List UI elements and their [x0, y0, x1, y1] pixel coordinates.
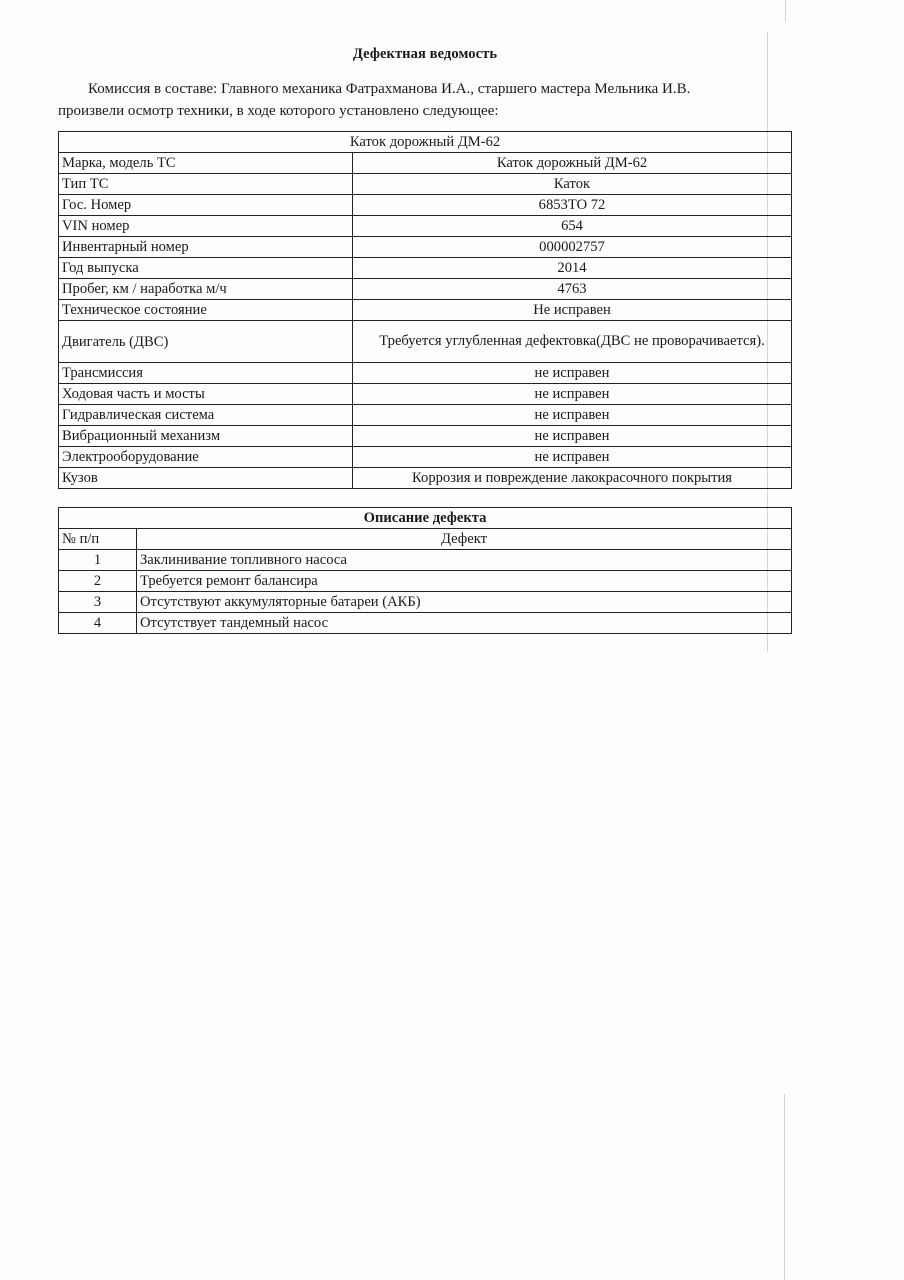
row-label: Марка, модель ТС: [59, 153, 353, 174]
intro-line-2: произвели осмотр техники, в ходе которог…: [58, 100, 798, 122]
defects-table: Описание дефекта № п/п Дефект 1Заклинива…: [58, 507, 792, 634]
defect-number: 2: [59, 571, 137, 592]
vehicle-table-header: Каток дорожный ДМ-62: [59, 132, 792, 153]
defect-description: Отсутствуют аккумуляторные батареи (АКБ): [137, 592, 792, 613]
row-label: Гос. Номер: [59, 195, 353, 216]
defect-description: Требуется ремонт балансира: [137, 571, 792, 592]
table-row: Двигатель (ДВС)Требуется углубленная деф…: [59, 321, 792, 363]
defect-number: 1: [59, 550, 137, 571]
row-value: 000002757: [353, 237, 792, 258]
row-value: 2014: [353, 258, 792, 279]
column-header-row: № п/п Дефект: [59, 529, 792, 550]
row-label: Ходовая часть и мосты: [59, 384, 353, 405]
table-row: Техническое состояниеНе исправен: [59, 300, 792, 321]
table-row: Ходовая часть и мостыне исправен: [59, 384, 792, 405]
row-label: Вибрационный механизм: [59, 426, 353, 447]
vehicle-info-table: Каток дорожный ДМ-62 Марка, модель ТСКат…: [58, 131, 792, 489]
table-row: Трансмиссияне исправен: [59, 363, 792, 384]
row-label: Кузов: [59, 468, 353, 489]
table-row: Марка, модель ТСКаток дорожный ДМ-62: [59, 153, 792, 174]
row-value: не исправен: [353, 426, 792, 447]
column-header-defect: Дефект: [137, 529, 792, 550]
table-row: 1Заклинивание топливного насоса: [59, 550, 792, 571]
table-row: КузовКоррозия и повреждение лакокрасочно…: [59, 468, 792, 489]
row-value: не исправен: [353, 447, 792, 468]
row-value: Каток: [353, 174, 792, 195]
intro-paragraph: Комиссия в составе: Главного механика Фа…: [58, 78, 798, 122]
row-value: 6853ТО 72: [353, 195, 792, 216]
table-row: 4Отсутствует тандемный насос: [59, 613, 792, 634]
row-value: Требуется углубленная дефектовка(ДВС не …: [353, 321, 792, 363]
intro-line-1: Комиссия в составе: Главного механика Фа…: [58, 78, 798, 100]
row-value: не исправен: [353, 384, 792, 405]
defect-number: 3: [59, 592, 137, 613]
defect-number: 4: [59, 613, 137, 634]
scan-artifact-line: [784, 1094, 785, 1280]
row-value: Не исправен: [353, 300, 792, 321]
table-header-row: Каток дорожный ДМ-62: [59, 132, 792, 153]
table-row: 2Требуется ремонт балансира: [59, 571, 792, 592]
row-label: Двигатель (ДВС): [59, 321, 353, 363]
table-row: Электрооборудованиене исправен: [59, 447, 792, 468]
row-label: Тип ТС: [59, 174, 353, 195]
row-value: не исправен: [353, 363, 792, 384]
row-value: не исправен: [353, 405, 792, 426]
column-header-number: № п/п: [59, 529, 137, 550]
section-title-row: Описание дефекта: [59, 508, 792, 529]
row-label: VIN номер: [59, 216, 353, 237]
defect-description: Отсутствует тандемный насос: [137, 613, 792, 634]
row-value: Каток дорожный ДМ-62: [353, 153, 792, 174]
defect-description: Заклинивание топливного насоса: [137, 550, 792, 571]
row-label: Пробег, км / наработка м/ч: [59, 279, 353, 300]
row-label: Год выпуска: [59, 258, 353, 279]
table-row: Инвентарный номер000002757: [59, 237, 792, 258]
document-title: Дефектная ведомость: [0, 46, 850, 63]
table-row: Гос. Номер6853ТО 72: [59, 195, 792, 216]
row-value: Коррозия и повреждение лакокрасочного по…: [353, 468, 792, 489]
table-row: 3Отсутствуют аккумуляторные батареи (АКБ…: [59, 592, 792, 613]
row-label: Гидравлическая система: [59, 405, 353, 426]
defects-section-title: Описание дефекта: [59, 508, 792, 529]
scan-artifact-line: [785, 0, 786, 22]
table-row: Тип ТСКаток: [59, 174, 792, 195]
row-value: 654: [353, 216, 792, 237]
row-label: Инвентарный номер: [59, 237, 353, 258]
row-label: Трансмиссия: [59, 363, 353, 384]
table-row: Пробег, км / наработка м/ч4763: [59, 279, 792, 300]
table-row: Год выпуска2014: [59, 258, 792, 279]
row-label: Техническое состояние: [59, 300, 353, 321]
row-value: 4763: [353, 279, 792, 300]
row-label: Электрооборудование: [59, 447, 353, 468]
table-row: Гидравлическая системане исправен: [59, 405, 792, 426]
table-row: Вибрационный механизмне исправен: [59, 426, 792, 447]
table-row: VIN номер654: [59, 216, 792, 237]
